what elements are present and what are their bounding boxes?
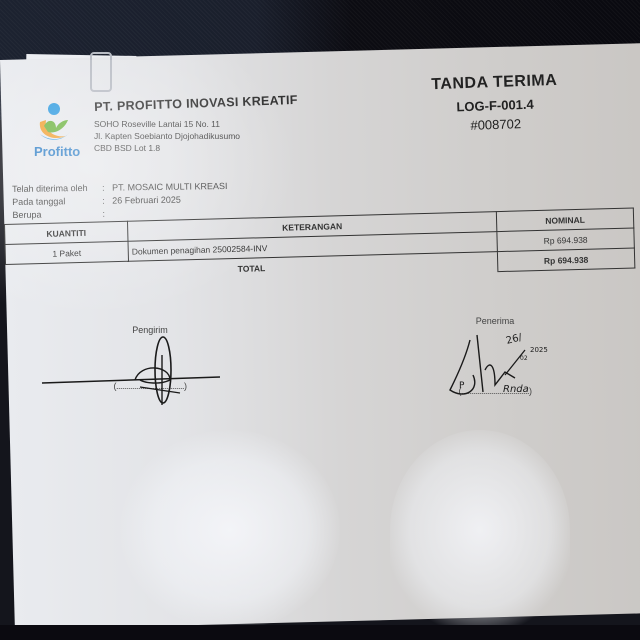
document-code: LOG-F-001.4 (425, 96, 565, 116)
svg-text:Rnda: Rnda (503, 384, 529, 395)
colon: : (102, 208, 112, 221)
colon: : (102, 195, 112, 208)
svg-text:2025: 2025 (530, 346, 548, 354)
address-line: SOHO Roseville Lantai 15 No. 11 (94, 118, 298, 130)
info-label: Pada tanggal (12, 195, 102, 209)
info-label: Telah diterima oleh (12, 182, 102, 196)
receipt-info: Telah diterima oleh:PT. MOSAIC MULTI KRE… (12, 180, 228, 222)
receiver-signature-icon: 26/ 2025 02 Rnda P (445, 330, 565, 410)
address-line: Jl. Kapten Soebianto Djojohadikusumo (94, 130, 298, 142)
sender-label: Pengirim (70, 325, 230, 335)
document-title-block: TANDA TERIMA LOG-F-001.4 #008702 (424, 72, 566, 135)
dark-surface (0, 625, 640, 640)
company-address: SOHO Roseville Lantai 15 No. 11 Jl. Kapt… (94, 118, 298, 154)
svg-text:02: 02 (520, 355, 528, 362)
paperclip (90, 52, 112, 92)
company-logo: Profitto (34, 100, 84, 160)
info-label: Berupa (12, 208, 102, 222)
colon: : (102, 182, 112, 195)
logo-text: Profitto (34, 144, 80, 159)
total-value: Rp 694.938 (497, 248, 634, 272)
info-value: PT. MOSAIC MULTI KREASI (112, 180, 228, 195)
company-info: PT. PROFITTO INOVASI KREATIF SOHO Rosevi… (94, 100, 298, 154)
document-title: TANDA TERIMA (424, 72, 565, 95)
logo-mark-icon (34, 100, 74, 144)
svg-text:P: P (459, 381, 465, 391)
svg-text:26/: 26/ (505, 332, 524, 347)
address-line: CBD BSD Lot 1.8 (94, 142, 298, 154)
sender-signature-icon (40, 335, 230, 410)
info-value: 26 Februari 2025 (112, 194, 181, 208)
receiver-label: Penerima (420, 316, 570, 326)
